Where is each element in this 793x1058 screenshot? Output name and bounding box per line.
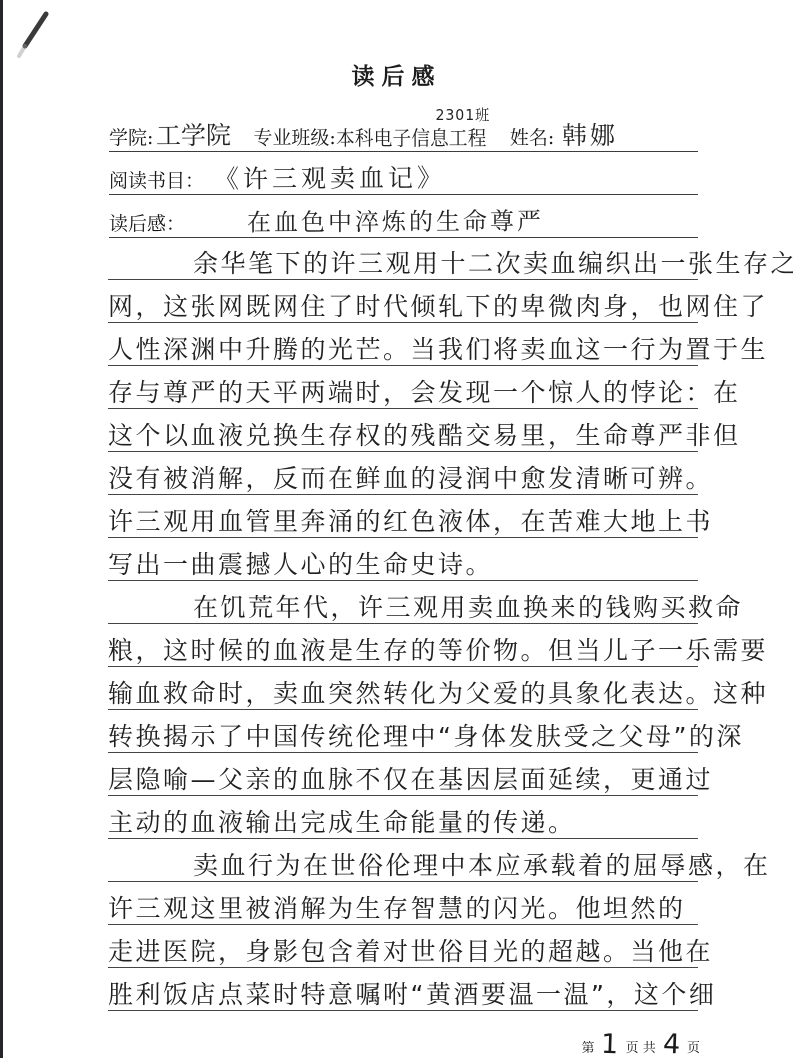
essay-line: 胜利饭店点菜时特意嘱咐“黄酒要温一温”，这个细 xyxy=(108,968,698,1011)
page-footer: 第 1 页 共 4 页 xyxy=(581,1034,700,1056)
total-pages-number: 4 xyxy=(662,1034,680,1057)
essay-line: 输血救命时，卖血突然转化为父爱的具象化表达。这种 xyxy=(108,667,698,710)
essay-line: 网，这张网既网住了时代倾轧下的卑微肉身，也网住了 xyxy=(108,280,698,323)
essay-line: 主动的血液输出完成生命能量的传递。 xyxy=(108,796,698,839)
footer-suffix: 页 xyxy=(687,1041,700,1056)
essay-line: 粮，这时候的血液是生存的等价物。但当儿子一乐需要 xyxy=(108,624,698,667)
book-title-value: 《许三观卖血记》 xyxy=(214,165,446,192)
name-value: 韩娜 xyxy=(562,123,618,149)
essay-line: 写出一曲震撼人心的生命史诗。 xyxy=(108,538,698,581)
scan-edge-artifact xyxy=(0,0,3,1058)
scanned-document-page: 读后感 学院: 工学院 专业班级: 本科电子信息工程 2301班 姓名: 韩娜 … xyxy=(0,0,793,1058)
essay-line: 许三观这里被消解为生存智慧的闪光。他坦然的 xyxy=(108,882,698,925)
class-annotation: 2301班 xyxy=(435,108,490,123)
review-title-value: 在血色中淬炼的生命尊严 xyxy=(247,208,544,236)
essay-line: 存与尊严的天平两端时，会发现一个惊人的悖论：在 xyxy=(108,366,698,409)
header-row-review: 读后感： 在血色中淬炼的生命尊严 xyxy=(109,201,698,238)
college-label: 学院: xyxy=(109,127,153,149)
current-page-number: 1 xyxy=(601,1034,619,1057)
pen-stroke-mark xyxy=(12,6,56,60)
name-label: 姓名: xyxy=(510,127,554,149)
essay-line: 余华笔下的许三观用十二次卖血编织出一张生存之 xyxy=(108,237,698,280)
footer-prefix: 第 xyxy=(581,1041,594,1056)
essay-line: 转换揭示了中国传统伦理中“身体发肤受之父母”的深 xyxy=(108,710,698,753)
header-row-identity: 学院: 工学院 专业班级: 本科电子信息工程 2301班 姓名: 韩娜 xyxy=(109,115,698,152)
essay-line: 卖血行为在世俗伦理中本应承载着的屈辱感，在 xyxy=(108,839,698,882)
header-row-book: 阅读书目： 《许三观卖血记》 xyxy=(109,158,698,195)
essay-line: 没有被消解，反而在鲜血的浸润中愈发清晰可辨。 xyxy=(108,452,698,495)
essay-line: 人性深渊中升腾的光芒。当我们将卖血这一行为置于生 xyxy=(108,323,698,366)
page-title: 读后感 xyxy=(0,58,793,91)
review-label: 读后感： xyxy=(109,213,185,235)
essay-line: 层隐喻—父亲的血脉不仅在基因层面延续，更通过 xyxy=(108,753,698,796)
class-label: 专业班级: xyxy=(253,127,335,149)
footer-middle: 页 共 xyxy=(626,1041,656,1056)
essay-line: 在饥荒年代，许三观用卖血换来的钱购买救命 xyxy=(108,581,698,624)
class-value-text: 本科电子信息工程 xyxy=(336,126,486,150)
essay-line: 许三观用血管里奔涌的红色液体，在苦难大地上书 xyxy=(108,495,698,538)
book-label: 阅读书目： xyxy=(109,170,204,192)
class-value: 本科电子信息工程 2301班 xyxy=(336,127,486,149)
essay-line: 走进医院，身影包含着对世俗目光的超越。当他在 xyxy=(108,925,698,968)
college-value: 工学院 xyxy=(156,123,231,149)
essay-line: 这个以血液兑换生存权的残酷交易里，生命尊严非但 xyxy=(108,409,698,452)
essay-body: 余华笔下的许三观用十二次卖血编织出一张生存之网，这张网既网住了时代倾轧下的卑微肉… xyxy=(108,237,698,1011)
